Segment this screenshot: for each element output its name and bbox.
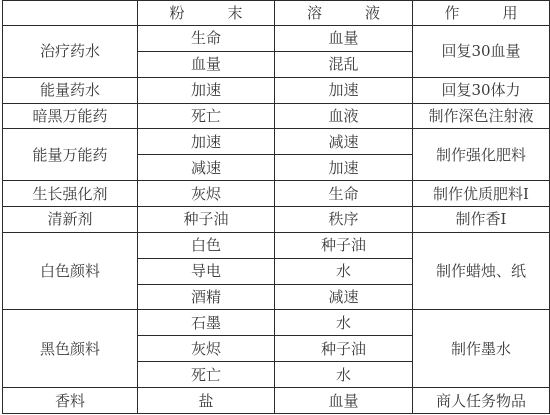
table-row: 生长强化剂灰烬生命制作优质肥料Ⅰ [3, 181, 550, 207]
table-row: 能量万能药加速减速制作强化肥料 [3, 129, 550, 155]
powder-cell: 酒精 [138, 284, 275, 310]
effect-cell: 回复30体力 [413, 77, 550, 103]
table-row: 黑色颜料石墨水制作墨水 [3, 310, 550, 336]
solution-cell: 加速 [275, 77, 413, 103]
powder-cell: 灰烬 [138, 336, 275, 362]
item-name-cell: 清新剂 [3, 207, 138, 233]
solution-cell: 混乱 [275, 51, 413, 77]
solution-cell: 种子油 [275, 232, 413, 258]
table-row: 能量药水加速加速回复30体力 [3, 77, 550, 103]
header-solution: 溶 液 [275, 1, 413, 26]
powder-cell: 死亡 [138, 362, 275, 388]
effect-cell: 制作优质肥料Ⅰ [413, 181, 550, 207]
table-row: 暗黑万能药死亡血液制作深色注射液 [3, 103, 550, 129]
solution-cell: 减速 [275, 129, 413, 155]
potion-recipe-table: 粉 末 溶 液 作 用 治疗药水生命血量回复30血量血量混乱能量药水加速加速回复… [2, 0, 550, 414]
powder-cell: 盐 [138, 388, 275, 414]
item-name-cell: 白色颜料 [3, 232, 138, 310]
header-row: 粉 末 溶 液 作 用 [3, 1, 550, 26]
powder-cell: 减速 [138, 155, 275, 181]
powder-cell: 种子油 [138, 207, 275, 233]
table-row: 香料盐血量商人任务物品 [3, 388, 550, 414]
item-name-cell: 能量万能药 [3, 129, 138, 181]
item-name-cell: 黑色颜料 [3, 310, 138, 388]
solution-cell: 生命 [275, 181, 413, 207]
effect-cell: 制作香Ⅰ [413, 207, 550, 233]
solution-cell: 种子油 [275, 336, 413, 362]
solution-cell: 水 [275, 310, 413, 336]
solution-cell: 血量 [275, 388, 413, 414]
item-name-cell: 治疗药水 [3, 26, 138, 78]
header-powder: 粉 末 [138, 1, 275, 26]
solution-cell: 水 [275, 362, 413, 388]
solution-cell: 减速 [275, 284, 413, 310]
table-body: 治疗药水生命血量回复30血量血量混乱能量药水加速加速回复30体力暗黑万能药死亡血… [3, 26, 550, 414]
powder-cell: 生命 [138, 26, 275, 52]
solution-cell: 水 [275, 258, 413, 284]
table-row: 白色颜料白色种子油制作蜡烛、纸 [3, 232, 550, 258]
effect-cell: 制作强化肥料 [413, 129, 550, 181]
solution-cell: 加速 [275, 155, 413, 181]
powder-cell: 灰烬 [138, 181, 275, 207]
powder-cell: 石墨 [138, 310, 275, 336]
solution-cell: 血量 [275, 26, 413, 52]
header-item [3, 1, 138, 26]
powder-cell: 加速 [138, 129, 275, 155]
table-row: 清新剂种子油秩序制作香Ⅰ [3, 207, 550, 233]
item-name-cell: 香料 [3, 388, 138, 414]
powder-cell: 血量 [138, 51, 275, 77]
powder-cell: 加速 [138, 77, 275, 103]
powder-cell: 白色 [138, 232, 275, 258]
powder-cell: 死亡 [138, 103, 275, 129]
effect-cell: 制作墨水 [413, 310, 550, 388]
effect-cell: 回复30血量 [413, 26, 550, 78]
solution-cell: 血液 [275, 103, 413, 129]
powder-cell: 导电 [138, 258, 275, 284]
item-name-cell: 生长强化剂 [3, 181, 138, 207]
solution-cell: 秩序 [275, 207, 413, 233]
effect-cell: 制作蜡烛、纸 [413, 232, 550, 310]
table-row: 治疗药水生命血量回复30血量 [3, 26, 550, 52]
header-effect: 作 用 [413, 1, 550, 26]
item-name-cell: 能量药水 [3, 77, 138, 103]
effect-cell: 商人任务物品 [413, 388, 550, 414]
item-name-cell: 暗黑万能药 [3, 103, 138, 129]
effect-cell: 制作深色注射液 [413, 103, 550, 129]
